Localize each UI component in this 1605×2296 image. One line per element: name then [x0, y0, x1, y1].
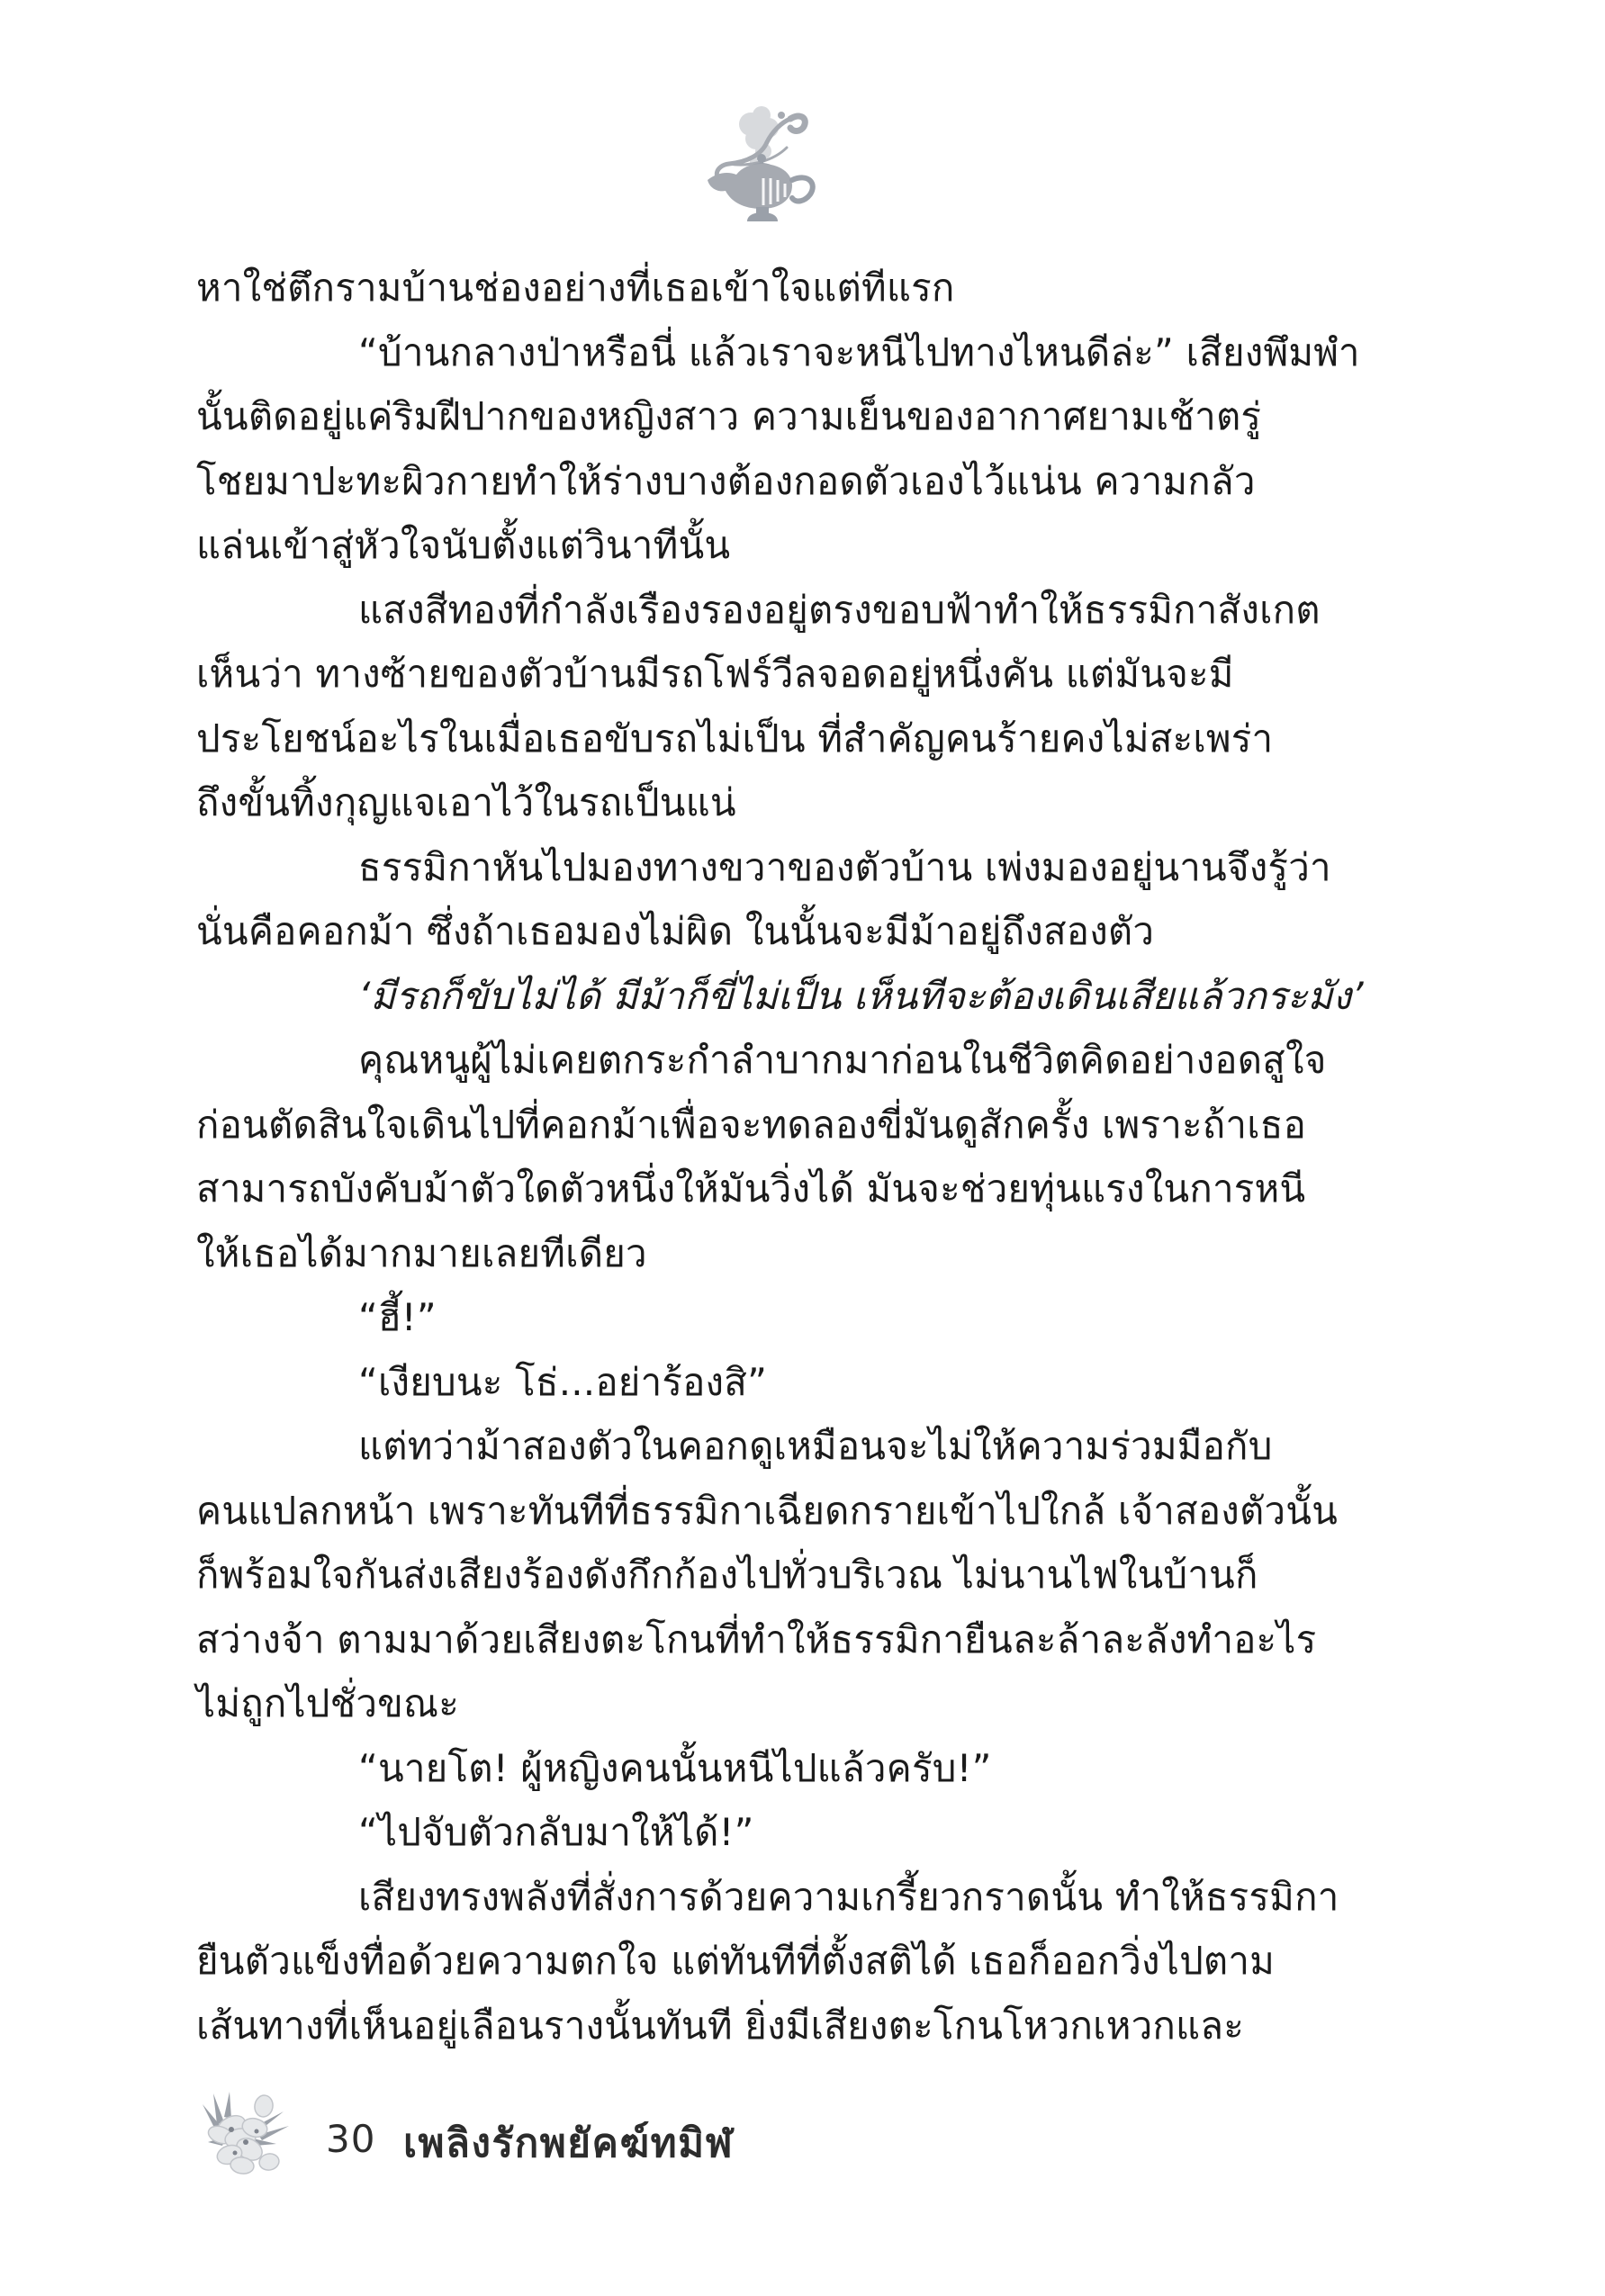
text-line: แสงสีทองที่กำลังเรืองรองอยู่ตรงขอบฟ้าทำใ…	[196, 578, 1366, 643]
text-line: แต่ทว่าม้าสองตัวในคอกดูเหมือนจะไม่ให้ควา…	[196, 1414, 1366, 1479]
text-line: “นายโต! ผู้หญิงคนนั้นหนีไปแล้วครับ!”	[196, 1736, 1366, 1801]
text-line: เสียงทรงพลังที่สั่งการด้วยความเกรี้ยวกรา…	[196, 1865, 1366, 1930]
text-line: เส้นทางที่เห็นอยู่เลือนรางนั้นทันที ยิ่ง…	[196, 1994, 1366, 2058]
text-line: เห็นว่า ทางซ้ายของตัวบ้านมีรถโฟร์วีลจอดอ…	[196, 642, 1366, 707]
flower-bouquet-icon	[190, 2086, 302, 2187]
text-line: ธรรมิกาหันไปมองทางขวาของตัวบ้าน เพ่งมองอ…	[196, 835, 1366, 900]
text-line: “ฮี้!”	[196, 1285, 1366, 1350]
text-line: หาใช่ตึกรามบ้านช่องอย่างที่เธอเข้าใจแต่ท…	[196, 256, 1366, 320]
page-number: 30	[326, 2117, 375, 2161]
text-line: ถึงขั้นทิ้งกุญแจเอาไว้ในรถเป็นแน่	[196, 770, 1366, 835]
text-line: แล่นเข้าสู่หัวใจนับตั้งแต่วินาทีนั้น	[196, 513, 1366, 578]
text-line: ก็พร้อมใจกันส่งเสียงร้องดังกึกก้องไปทั่ว…	[196, 1543, 1366, 1607]
text-line: คุณหนูผู้ไม่เคยตกระกำลำบากมาก่อนในชีวิตค…	[196, 1028, 1366, 1093]
text-line: โชยมาปะทะผิวกายทำให้ร่างบางต้องกอดตัวเอง…	[196, 449, 1366, 514]
text-line: ไม่ถูกไปชั่วขณะ	[196, 1671, 1366, 1736]
page-footer: 30 เพลิงรักพยัคฆ์ทมิฬ	[0, 2081, 1605, 2243]
text-line: นั้นติดอยู่แค่ริมฝีปากของหญิงสาว ความเย็…	[196, 384, 1366, 449]
book-page: หาใช่ตึกรามบ้านช่องอย่างที่เธอเข้าใจแต่ท…	[0, 0, 1605, 2296]
text-line: ก่อนตัดสินใจเดินไปที่คอกม้าเพื่อจะทดลองข…	[196, 1093, 1366, 1157]
text-line: สามารถบังคับม้าตัวใดตัวหนึ่งให้มันวิ่งได…	[196, 1157, 1366, 1221]
genie-lamp-icon	[704, 101, 826, 227]
body-text: หาใช่ตึกรามบ้านช่องอย่างที่เธอเข้าใจแต่ท…	[196, 256, 1366, 2057]
text-line: ยืนตัวแข็งทื่อด้วยความตกใจ แต่ทันทีที่ตั…	[196, 1929, 1366, 1994]
text-line: สว่างจ้า ตามมาด้วยเสียงตะโกนที่ทำให้ธรรม…	[196, 1607, 1366, 1672]
text-line: คนแปลกหน้า เพราะทันทีที่ธรรมิกาเฉียดกราย…	[196, 1479, 1366, 1544]
genie-lamp-graphic	[704, 101, 826, 227]
flower-bouquet-graphic	[190, 2086, 302, 2187]
text-line: “บ้านกลางป่าหรือนี่ แล้วเราจะหนีไปทางไหน…	[196, 320, 1366, 385]
text-line: “เงียบนะ โธ่...อย่าร้องสิ”	[196, 1350, 1366, 1415]
text-line: ประโยชน์อะไรในเมื่อเธอขับรถไม่เป็น ที่สำ…	[196, 707, 1366, 771]
text-line: นั่นคือคอกม้า ซึ่งถ้าเธอมองไม่ผิด ในนั้น…	[196, 899, 1366, 964]
text-line: “ไปจับตัวกลับมาให้ได้!”	[196, 1800, 1366, 1865]
book-title: เพลิงรักพยัคฆ์ทมิฬ	[403, 2111, 734, 2174]
text-line: ให้เธอได้มากมายเลยทีเดียว	[196, 1221, 1366, 1286]
text-line: ‘มีรถก็ขับไม่ได้ มีม้าก็ขี่ไม่เป็น เห็นท…	[196, 964, 1366, 1029]
